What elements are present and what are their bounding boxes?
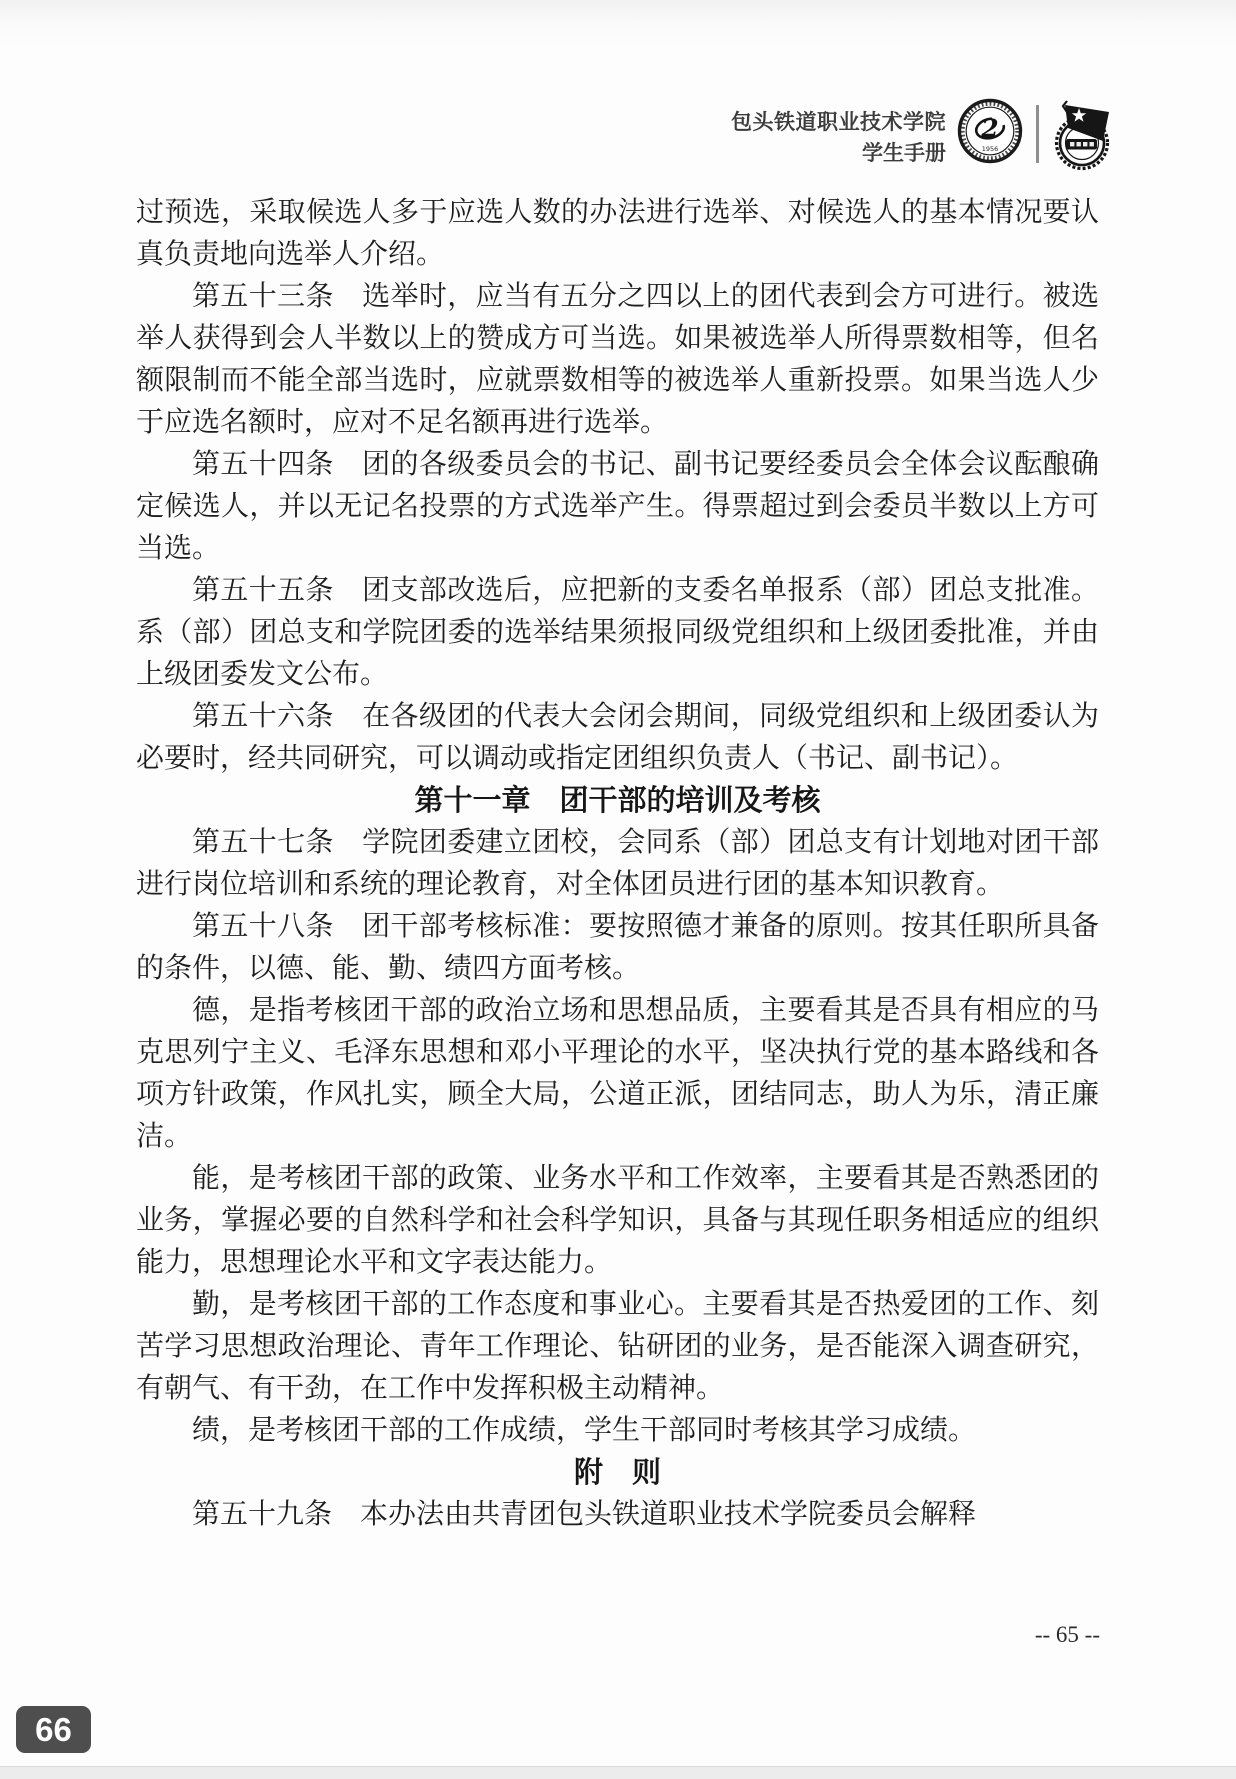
appendix-heading: 附 则 <box>136 1452 1099 1494</box>
page-header: 包头铁道职业技术学院 学生手册 <box>731 107 946 169</box>
page-number: -- 65 -- <box>1035 1622 1100 1648</box>
svg-text:2: 2 <box>980 114 998 143</box>
college-name: 包头铁道职业技术学院 <box>731 107 946 138</box>
paragraph-article-54: 第五十四条 团的各级委员会的书记、副书记要经委员会全体会议酝酿确定候选人，并以无… <box>136 444 1099 570</box>
paragraph-de: 德，是指考核团干部的政治立场和思想品质，主要看其是否具有相应的马克思列宁主义、毛… <box>136 990 1099 1158</box>
paragraph-ji: 绩，是考核团干部的工作成绩，学生干部同时考核其学习成绩。 <box>136 1410 1099 1452</box>
paragraph-article-58: 第五十八条 团干部考核标准：要按照德才兼备的原则。按其任职所具备的条件，以德、能… <box>136 906 1099 990</box>
paragraph-article-55: 第五十五条 团支部改选后，应把新的支委名单报系（部）团总支批准。系（部）团总支和… <box>136 570 1099 696</box>
youth-league-emblem-icon <box>1047 95 1117 171</box>
paragraph-article-59: 第五十九条 本办法由共青团包头铁道职业技术学院委员会解释 <box>136 1494 1099 1536</box>
page-top-shadow <box>0 0 1236 46</box>
paragraph: 过预选，采取候选人多于应选人数的办法进行选举、对候选人的基本情况要认真负责地向选… <box>136 192 1099 276</box>
seal-year: 1956 <box>982 145 999 153</box>
viewer-bottom-bar <box>0 1766 1236 1779</box>
document-body: 过预选，采取候选人多于应选人数的办法进行选举、对候选人的基本情况要认真负责地向选… <box>136 192 1099 1536</box>
paragraph-qin: 勤，是考核团干部的工作态度和事业心。主要看其是否热爱团的工作、刻苦学习思想政治理… <box>136 1284 1099 1410</box>
paragraph-article-53: 第五十三条 选举时，应当有五分之四以上的团代表到会方可进行。被选举人获得到会人半… <box>136 276 1099 444</box>
logo-divider <box>1036 105 1039 163</box>
handbook-page: 包头铁道职业技术学院 学生手册 2 1956 过预选，采取候选人多于应选人数的办… <box>0 0 1236 1779</box>
paragraph-neng: 能，是考核团干部的政策、业务水平和工作效率，主要看其是否熟悉团的业务，掌握必要的… <box>136 1158 1099 1284</box>
page-thumbnail-badge[interactable]: 66 <box>16 1706 91 1753</box>
handbook-title: 学生手册 <box>731 138 946 169</box>
chapter-heading: 第十一章 团干部的培训及考核 <box>136 780 1099 822</box>
paragraph-article-57: 第五十七条 学院团委建立团校，会同系（部）团总支有计划地对团干部进行岗位培训和系… <box>136 822 1099 906</box>
college-seal-icon: 2 1956 <box>957 98 1023 164</box>
paragraph-article-56: 第五十六条 在各级团的代表大会闭会期间，同级党组织和上级团委认为必要时，经共同研… <box>136 696 1099 780</box>
